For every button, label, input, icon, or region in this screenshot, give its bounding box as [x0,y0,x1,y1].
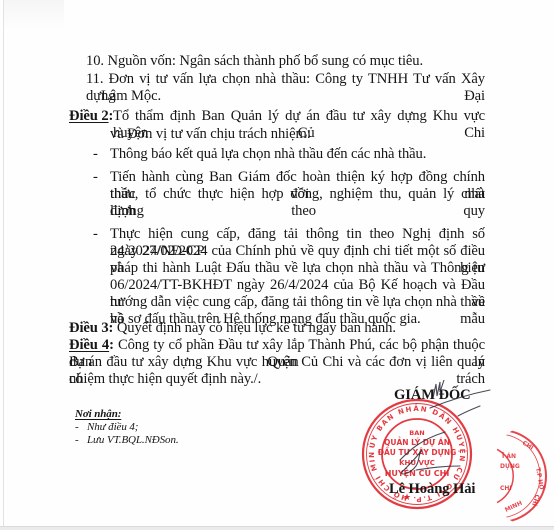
bullet-2-line-2: thầu, tổ chức thực hiện hợp đồng, nghiệm… [110,186,485,220]
article-label: Điều 3: [69,320,113,336]
bleed-through-mark [4,0,64,30]
bullet-3-line-3: pháp thi hành Luật Đấu thầu về lựa chọn … [110,260,485,277]
article-4-line-3: nhiệm thực hiện quyết định này./. [69,371,261,388]
item-text: Nguồn vốn: Ngân sách thành phố bổ sung c… [108,53,424,69]
item-number: 10. [86,53,104,69]
svg-text:CHÍ: CHÍ [530,493,542,507]
article-2-label: Điều 2: [69,108,113,125]
bullet-2-line-3: định [110,203,136,220]
item-number: 11. [86,71,103,87]
page-bottom-edge [0,526,554,530]
article-2-line-2: và Đơn vị tư vấn chịu trách nhiệm: [110,126,311,143]
signer-name: Lê Hoàng Hải [389,481,475,498]
handwritten-signature [370,380,510,490]
item-10: 10. Nguồn vốn: Ngân sách thành phố bổ su… [86,53,423,70]
article-colon: : [109,337,114,353]
bullet-marker: - [93,146,98,163]
article-text: Quyết định này có hiệu lực kể từ ngày ba… [117,320,396,336]
bullet-1-line-1: Thông báo kết quả lựa chọn nhà thầu đến … [110,146,426,163]
recipient-item: Lưu VT.BQL.NĐSon. [87,434,179,447]
page-left-edge [3,0,4,526]
recipient-marker: - [75,434,79,447]
bullet-marker: - [93,169,98,186]
recipient-item: Như điều 4; [87,421,138,434]
article-3: Điều 3: Quyết định này có hiệu lực kể từ… [69,320,396,337]
article-label: Điều 2 [69,108,109,124]
bullet-marker: - [93,226,98,243]
recipients-heading: Nơi nhận: [75,408,121,421]
recipient-marker: - [75,421,79,434]
document-page: 10. Nguồn vốn: Ngân sách thành phố bổ su… [0,0,554,530]
article-label: Điều 4 [69,337,109,353]
item-11-continuation: Lâm Mộc. [101,88,161,105]
svg-text:CHI: CHI [521,440,535,452]
